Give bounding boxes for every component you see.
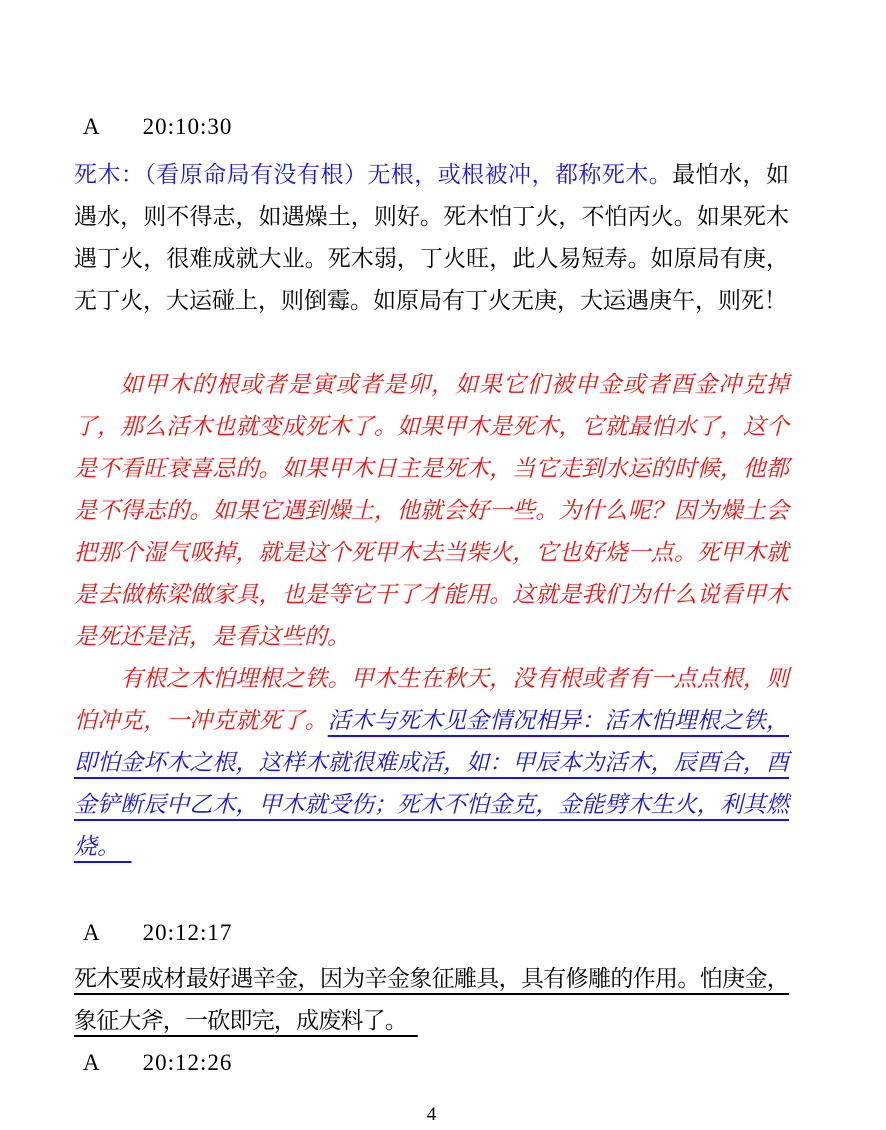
document-body: A20:10:30 死木：（看原命局有没有根）无根，或根被冲，都称死木。最怕水，…	[74, 106, 789, 1084]
dead-wood-definition-lead: 死木：（看原命局有没有根）无根，或根被冲，都称死木。	[74, 162, 672, 187]
document-page: A20:10:30 死木：（看原命局有没有根）无根，或根被冲，都称死木。最怕水，…	[0, 0, 886, 1130]
speaker-label: A	[83, 106, 101, 148]
para-jiamu-commentary: 如甲木的根或者是寅或者是卯，如果它们被申金或者酉金冲克掉了，那么活木也就变成死木…	[74, 364, 789, 658]
para-rooted-wood: 有根之木怕埋根之铁。甲木生在秋天，没有根或者有一点点根，则怕冲克，一冲克就死了。…	[74, 658, 789, 868]
timestamp-value: 20:10:30	[143, 114, 233, 139]
page-number: 4	[74, 1104, 789, 1126]
para-dead-wood-definition: 死木：（看原命局有没有根）无根，或根被冲，都称死木。最怕水，如遇水，则不得志，如…	[74, 154, 789, 322]
para-xin-metal-underlined: 死木要成材最好遇辛金，因为辛金象征雕具，具有修雕的作用。怕庚金，象征大斧，一砍即…	[74, 958, 789, 1042]
timestamp-line-1: A20:10:30	[74, 106, 789, 148]
timestamp-value: 20:12:17	[143, 920, 233, 945]
speaker-label: A	[83, 912, 101, 954]
timestamp-value: 20:12:26	[143, 1050, 233, 1075]
blank-line	[74, 322, 789, 364]
speaker-label: A	[83, 1042, 101, 1084]
timestamp-line-2: A20:12:17	[74, 912, 789, 954]
timestamp-line-3: A20:12:26	[74, 1042, 789, 1084]
blank-line	[74, 868, 789, 912]
